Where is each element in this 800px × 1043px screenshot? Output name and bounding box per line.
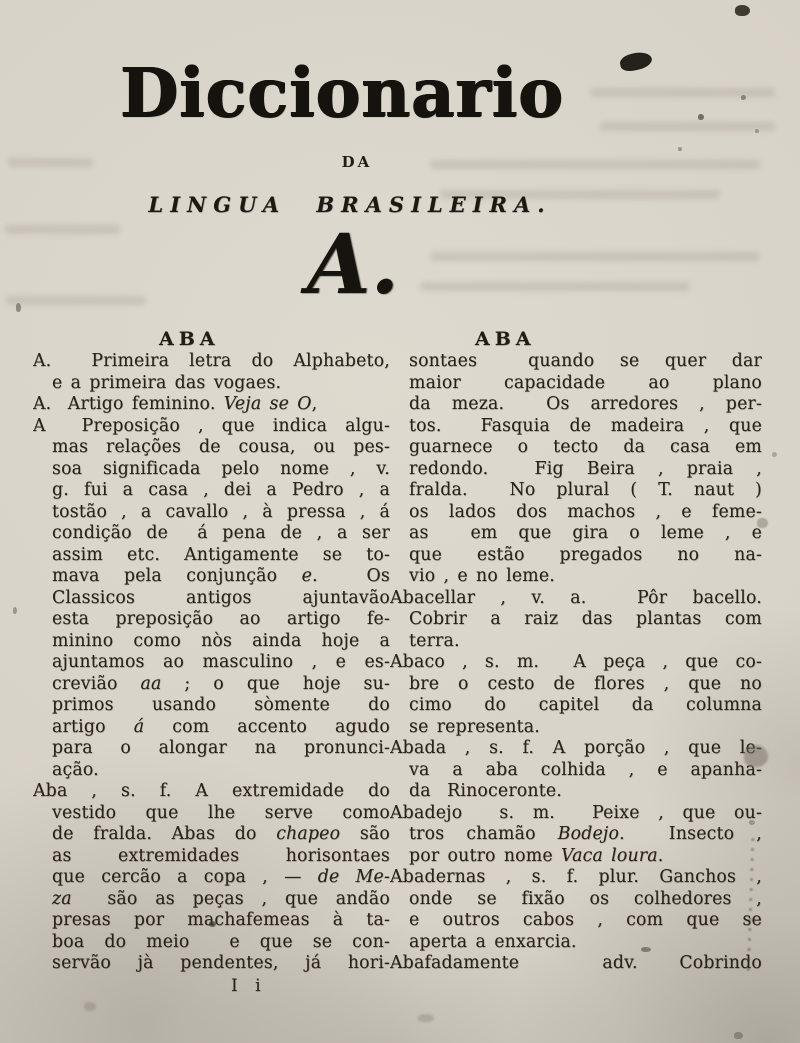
dictionary-line: que estão pregados no na- <box>390 545 762 567</box>
ink-speck <box>757 518 768 528</box>
dictionary-line: Cobrir a raiz das plantas com <box>390 609 762 631</box>
dictionary-line: Abadernas , s. f. plur. Ganchos , <box>390 867 762 889</box>
dictionary-line: primos usando sòmente do <box>33 695 390 717</box>
ink-speck <box>13 607 17 614</box>
book-page: Diccionario DA LINGUA BRASILEIRA. A. ABA… <box>0 0 800 1043</box>
ink-speck <box>772 452 777 457</box>
dictionary-line: Abacellar , v. a. Pôr bacello. <box>390 588 762 610</box>
dictionary-line: de fralda. Abas do chapeo são <box>33 824 390 846</box>
dictionary-line: boa do meio e que se con- <box>33 932 390 954</box>
ink-speck <box>641 947 651 952</box>
ink-speck <box>741 95 746 100</box>
dictionary-line: tostão , a cavallo , à pressa , á <box>33 502 390 524</box>
dictionary-line: os lados dos machos , e feme- <box>390 502 762 524</box>
dictionary-line: redondo. Fig Beira , praia , <box>390 459 762 481</box>
ink-speck <box>84 1002 96 1011</box>
column-text-left: A. Primeira letra do Alphabeto,e a prime… <box>33 351 390 975</box>
dictionary-line: bre o cesto de flores , que no <box>390 674 762 696</box>
dictionary-line: crevião aa ; o que hoje su- <box>33 674 390 696</box>
dictionary-line: Aba , s. f. A extremidade do <box>33 781 390 803</box>
column-header-left: ABA <box>33 328 390 351</box>
subtitle-da: DA <box>0 153 714 171</box>
column-right: ABA sontaes quando se quer darmaior capa… <box>390 328 762 975</box>
ink-speck <box>735 5 750 16</box>
dictionary-line: as extremidades horisontaes <box>33 846 390 868</box>
dictionary-line: Abafadamente adv. Cobrindo <box>390 953 762 975</box>
dictionary-line: terra. <box>390 631 762 653</box>
dictionary-line: mas relações de cousa, ou pes- <box>33 437 390 459</box>
column-text-right: sontaes quando se quer darmaior capacida… <box>390 351 762 975</box>
ink-speck <box>619 50 654 73</box>
ink-speck <box>418 1014 434 1022</box>
dictionary-line: vio , e no leme. <box>390 566 762 588</box>
dictionary-line: onde se fixão os colhedores , <box>390 889 762 911</box>
dictionary-line: condição de á pena de , a ser <box>33 523 390 545</box>
ink-speck <box>698 114 704 120</box>
dictionary-line: g. fui a casa , dei a Pedro , a <box>33 480 390 502</box>
dictionary-line: fralda. No plural ( T. naut ) <box>390 480 762 502</box>
ink-speck <box>16 303 21 312</box>
dictionary-line: Classicos antigos ajuntavão <box>33 588 390 610</box>
dictionary-line: Abaco , s. m. A peça , que co- <box>390 652 762 674</box>
ink-speck <box>749 820 755 825</box>
dictionary-line: da Rinoceronte. <box>390 781 762 803</box>
section-letter: A. <box>0 222 706 308</box>
dictionary-line: e outros cabos , com que se <box>390 910 762 932</box>
dictionary-line: tros chamão Bodejo. Insecto , <box>390 824 762 846</box>
dictionary-line: artigo á com accento agudo <box>33 717 390 739</box>
dictionary-line: Abada , s. f. A porção , que le- <box>390 738 762 760</box>
dictionary-line: ação. <box>33 760 390 782</box>
dictionary-line: maior capacidade ao plano <box>390 373 762 395</box>
ink-speck <box>734 1032 743 1039</box>
signature-mark: I i <box>33 975 390 997</box>
dictionary-line: Abadejo s. m. Peixe , que ou- <box>390 803 762 825</box>
dictionary-line: aperta a enxarcia. <box>390 932 762 954</box>
dictionary-line: A. Artigo feminino. Veja se O, <box>33 394 390 416</box>
dictionary-line: que cercão a copa , — de Me- <box>33 867 390 889</box>
dictionary-line: guarnece o tecto da casa em <box>390 437 762 459</box>
column-left: ABA A. Primeira letra do Alphabeto,e a p… <box>33 328 390 997</box>
subtitle-language: LINGUA BRASILEIRA. <box>0 192 700 217</box>
dictionary-line: za são as peças , que andão <box>33 889 390 911</box>
bleedthrough-mark <box>600 122 775 131</box>
dictionary-line: A. Primeira letra do Alphabeto, <box>33 351 390 373</box>
dictionary-line: minino como nòs ainda hoje a <box>33 631 390 653</box>
dictionary-line: e a primeira das vogaes. <box>33 373 390 395</box>
dictionary-line: assim etc. Antigamente se to- <box>33 545 390 567</box>
dictionary-line: se representa. <box>390 717 762 739</box>
dictionary-line: por outro nome Vaca loura. <box>390 846 762 868</box>
dictionary-line: as em que gira o leme , e <box>390 523 762 545</box>
bleedthrough-mark <box>590 88 775 97</box>
dictionary-line: soa significada pelo nome , v. <box>33 459 390 481</box>
dictionary-line: tos. Fasquia de madeira , que <box>390 416 762 438</box>
dictionary-line: va a aba colhida , e apanha- <box>390 760 762 782</box>
dictionary-line: para o alongar na pronunci- <box>33 738 390 760</box>
dictionary-line: sontaes quando se quer dar <box>390 351 762 373</box>
dictionary-line: vestido que lhe serve como <box>33 803 390 825</box>
dictionary-line: servão jà pendentes, já hori- <box>33 953 390 975</box>
ink-speck <box>209 921 216 927</box>
column-header-right: ABA <box>390 328 762 351</box>
ink-speck <box>678 147 682 151</box>
page-title: Diccionario <box>98 54 586 131</box>
dictionary-line: cimo do capitel da columna <box>390 695 762 717</box>
dictionary-line: A Preposição , que indica algu- <box>33 416 390 438</box>
ink-speck <box>744 745 768 767</box>
ink-speck <box>755 129 759 133</box>
dictionary-line: mava pela conjunção e. Os <box>33 566 390 588</box>
dictionary-line: esta preposição ao artigo fe- <box>33 609 390 631</box>
dictionary-line: ajuntamos ao masculino , e es- <box>33 652 390 674</box>
dictionary-line: da meza. Os arredores , per- <box>390 394 762 416</box>
